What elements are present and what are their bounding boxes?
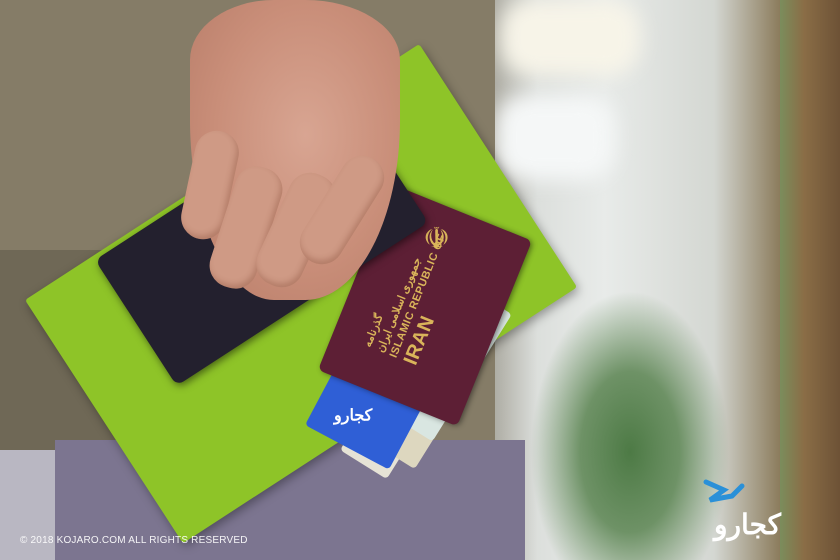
iran-emblem-icon: ☫ [423, 221, 457, 261]
kojaro-watermark-logo: کجارو [700, 478, 830, 548]
copyright-watermark: © 2018 KOJARO.COM ALL RIGHTS RESERVED [20, 535, 248, 546]
photo-scene: کجارو گذرنامه جمهوری اسلامی ایران ISLAMI… [0, 0, 840, 560]
background-tree-trunk [780, 0, 840, 560]
bird-icon [702, 478, 752, 508]
background-window-light [500, 0, 640, 75]
kojaro-watermark-text: کجارو [714, 508, 781, 541]
background-window-light [495, 95, 615, 180]
kojaro-card-logo: کجارو [334, 405, 372, 425]
